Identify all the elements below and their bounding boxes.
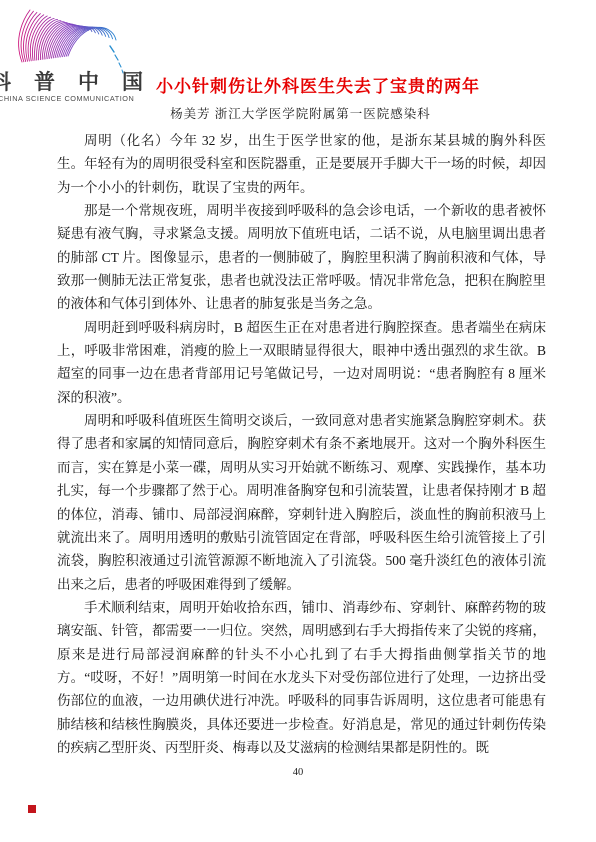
article-title: 小小针刺伤让外科医生失去了宝贵的两年 xyxy=(150,72,486,97)
article-body: 周明（化名）今年 32 岁，出生于医学世家的他，是浙东某县城的胸外科医生。年轻有… xyxy=(57,129,546,759)
document-page: 科普中国 CHINA SCIENCE COMMUNICATION 小小针刺伤让外… xyxy=(0,0,596,842)
page-number: 40 xyxy=(0,767,596,778)
paragraph: 周明赶到呼吸科病房时，B 超医生正在对患者进行胸腔探查。患者端坐在病床上，呼吸非… xyxy=(57,316,546,409)
paragraph: 周明和呼吸科值班医生简明交谈后，一致同意对患者实施紧急胸腔穿刺术。获得了患者和家… xyxy=(57,409,546,596)
article-byline: 杨美芳 浙江大学医学院附属第一医院感染科 xyxy=(56,104,545,122)
paragraph: 那是一个常规夜班，周明半夜接到呼吸科的急会诊电话，一个新收的患者被怀疑患有液气胸… xyxy=(57,199,546,316)
corner-red-mark xyxy=(28,805,36,813)
paragraph: 周明（化名）今年 32 岁，出生于医学世家的他，是浙东某县城的胸外科医生。年轻有… xyxy=(57,129,546,199)
logo-chinese-text: 科普中国 xyxy=(0,66,166,96)
logo-english-text: CHINA SCIENCE COMMUNICATION xyxy=(0,94,134,103)
paragraph: 手术顺利结束，周明开始收拾东西，铺巾、消毒纱布、穿刺针、麻醉药物的玻璃安瓿、针管… xyxy=(57,596,546,759)
